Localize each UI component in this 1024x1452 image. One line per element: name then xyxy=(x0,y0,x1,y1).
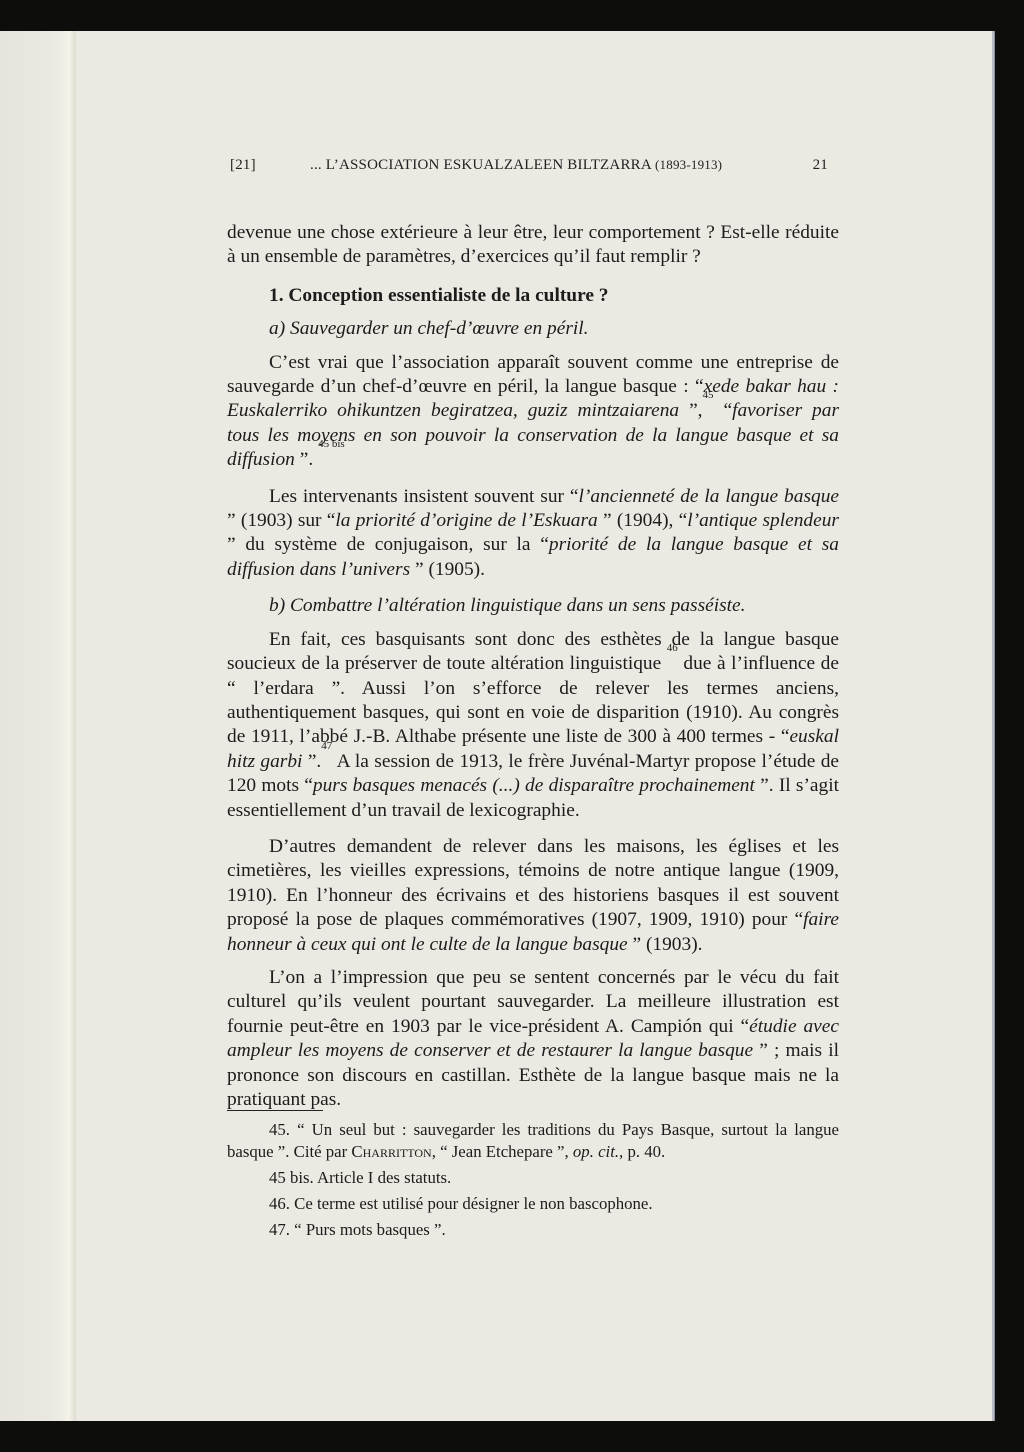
bracket-page-number: [21] xyxy=(230,157,256,174)
text: D’autres demandent de relever dans les m… xyxy=(227,836,839,930)
text: ” du système de conjugaison, sur la “ xyxy=(227,534,549,555)
footnote-45-bis: 45 bis. Article I des statuts. xyxy=(227,1167,839,1189)
text: ” (1905). xyxy=(410,559,485,580)
text: ” (1904), “ xyxy=(598,510,688,531)
subsection-a-heading: a) Sauvegarder un chef-d’œuvre en péril. xyxy=(227,317,839,341)
footnote-ref[interactable]: 46 xyxy=(667,642,678,654)
paragraph: En fait, ces basquisants sont donc des e… xyxy=(227,628,839,823)
running-title-years: (1893-1913) xyxy=(655,157,722,172)
footnote-ref[interactable]: 47 xyxy=(321,740,332,752)
subsection-b-heading: b) Combattre l’altération linguistique d… xyxy=(227,594,839,618)
page-number: 21 xyxy=(813,157,828,174)
text: ”, xyxy=(679,400,702,421)
paragraph: C’est vrai que l’association apparaît so… xyxy=(227,351,839,473)
author-name: Charritton xyxy=(351,1142,431,1161)
running-title: ... L’ASSOCIATION ESKUALZALEEN BILTZARRA… xyxy=(310,157,722,174)
footnote-ref[interactable]: 45 bis xyxy=(318,438,345,450)
section-heading: 1. Conception essentialiste de la cultur… xyxy=(227,284,839,308)
footnotes: 45. “ Un seul but : sauvegarder les trad… xyxy=(227,1119,839,1245)
quote: l’antique splendeur xyxy=(687,510,839,531)
text: , “ Jean Etchepare ”, xyxy=(432,1142,573,1161)
footnote-separator xyxy=(227,1110,323,1111)
text: ”. xyxy=(302,751,321,772)
text: p. 40. xyxy=(623,1142,665,1161)
quote: la priorité d’origine de l’Eskuara xyxy=(335,510,597,531)
text: ”. xyxy=(295,449,313,470)
body-text: devenue une chose extérieure à leur être… xyxy=(227,221,839,1112)
paragraph-intro: devenue une chose extérieure à leur être… xyxy=(227,221,839,270)
footnote-ref[interactable]: 45 xyxy=(703,389,714,401)
citation-abbrev: op. cit., xyxy=(573,1142,623,1161)
footnote-47: 47. “ Purs mots basques ”. xyxy=(227,1219,839,1241)
footnote-45: 45. “ Un seul but : sauvegarder les trad… xyxy=(227,1119,839,1163)
running-title-text: ... L’ASSOCIATION ESKUALZALEEN BILTZARRA xyxy=(310,157,651,173)
paragraph: L’on a l’impression que peu se sentent c… xyxy=(227,966,839,1112)
facing-page-edge xyxy=(0,31,64,1421)
paragraph: D’autres demandent de relever dans les m… xyxy=(227,835,839,957)
page-fold xyxy=(64,31,76,1421)
text: Les intervenants insistent souvent sur “ xyxy=(269,486,579,507)
text: ” (1903) sur “ xyxy=(227,510,335,531)
running-header: [21] ... L’ASSOCIATION ESKUALZALEEN BILT… xyxy=(230,157,828,181)
footnote-46: 46. Ce terme est utilisé pour désigner l… xyxy=(227,1193,839,1215)
text: ” (1903). xyxy=(628,934,703,955)
paragraph: Les intervenants insistent souvent sur “… xyxy=(227,485,839,583)
quote: purs basques menacés (...) de disparaîtr… xyxy=(313,775,755,796)
text: “ xyxy=(714,400,733,421)
text: L’on a l’impression que peu se sentent c… xyxy=(227,967,839,1037)
quote: l’ancienneté de la langue basque xyxy=(579,486,840,507)
